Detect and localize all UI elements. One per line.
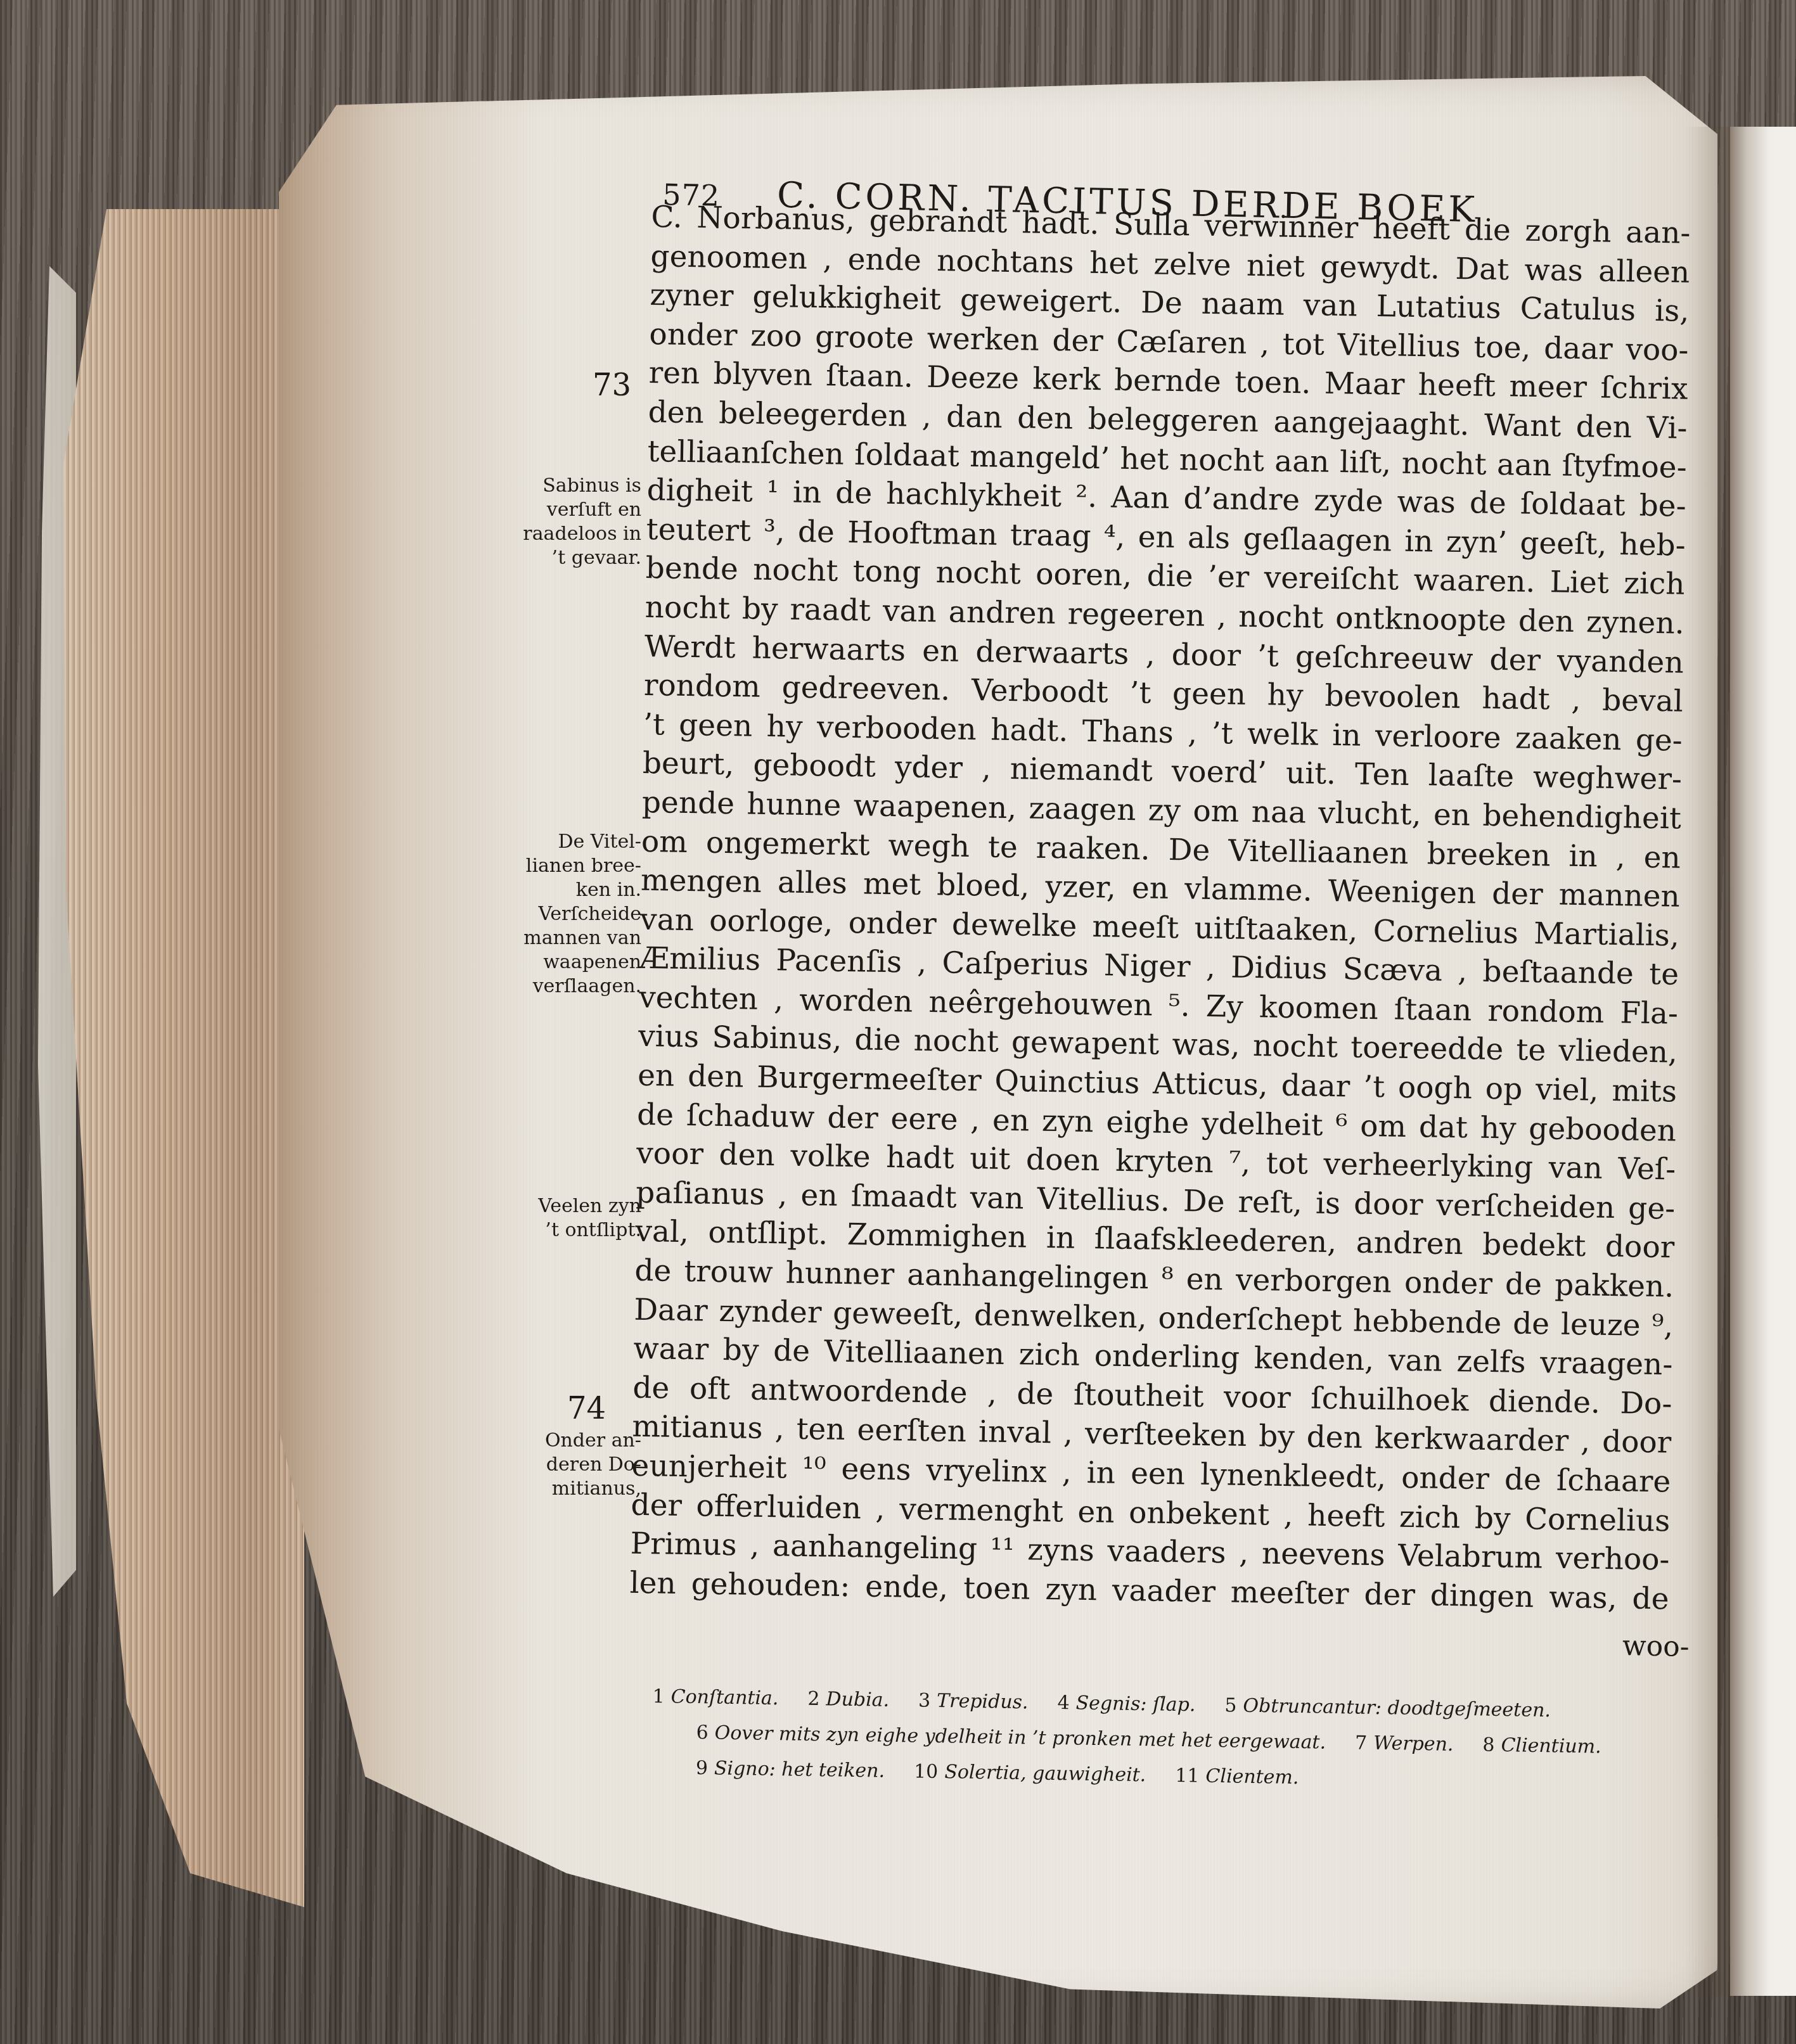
footnote: 9Signo: het teiken. <box>695 1751 885 1789</box>
section-number-74: 74 <box>567 1391 606 1426</box>
footnote: 1Conſtantia. <box>652 1679 779 1716</box>
footnote: 4Segnis: ſlap. <box>1057 1685 1196 1723</box>
footnote: 8Clientium. <box>1482 1728 1601 1765</box>
margin-note-ontslipt: Veelen zyn ’t ontſlipt. <box>496 1194 641 1242</box>
footnote: 3Trepidus. <box>918 1683 1029 1721</box>
footnote: 7Werpen. <box>1355 1725 1454 1762</box>
section-number-73: 73 <box>593 367 631 403</box>
footnote: 5Obtruncantur: doodtgeſmeeten. <box>1224 1688 1551 1728</box>
margin-note-vitellianen: De Vitel- lianen bree- ken in. Verſcheid… <box>496 830 641 999</box>
body-text: C. Norbanus, gebrandt hadt. Sulla verwin… <box>629 198 1691 1619</box>
facing-page-edge <box>1730 127 1796 1996</box>
footnote: 10Solertia, gauwigheit. <box>914 1754 1146 1793</box>
margin-note-domitianus: Onder an- deren Do- mitianus, <box>496 1429 641 1501</box>
margin-note-sabinus: Sabinus is verſuft en raadeloos in ’t ge… <box>496 474 641 570</box>
footnote: 2Dubia. <box>807 1682 890 1718</box>
footnotes: 1Conſtantia. 2Dubia. 3Trepidus. 4Segnis:… <box>651 1679 1691 1802</box>
footnote: 11Clientem. <box>1175 1758 1299 1796</box>
catchword: woo- <box>1622 1630 1690 1663</box>
gutter-shadow <box>1686 127 1736 1996</box>
